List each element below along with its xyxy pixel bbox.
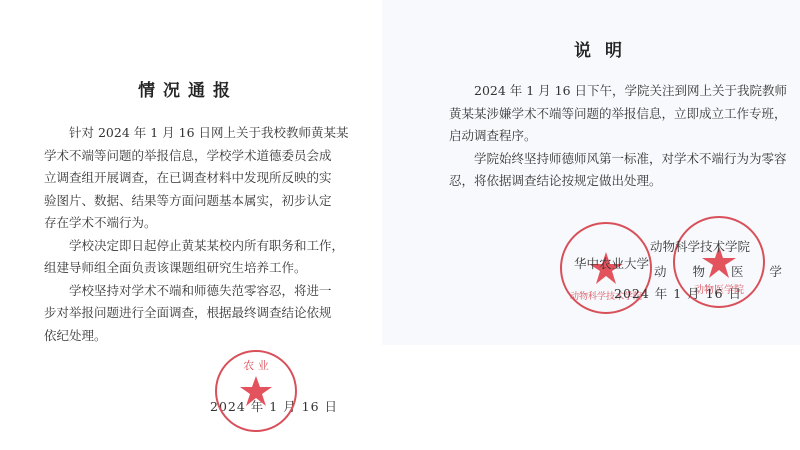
text-line: 针对 2024 年 1 月 16 日网上关于我校教师黄某某 [44,122,316,145]
text-line: 黄某某涉嫌学术不端等问题的举报信息，立即成立工作专班， [449,103,749,126]
text-line: 2024 年 1 月 16 日下午，学院关注到网上关于我院教师 [449,80,749,103]
paragraph: 2024 年 1 月 16 日下午，学院关注到网上关于我院教师 黄某某涉嫌学术不… [449,80,749,148]
text-line: 忍，将依据调查结论按规定做出处理。 [449,170,749,193]
right-document-date: 2024 年 1 月 16 日 [614,284,742,302]
text-line: 立调查组开展调查，在已调查材料中发现所反映的实 [44,167,316,190]
page-divider [375,0,382,450]
right-document-title: 说明 [574,36,636,61]
signatory-university: 华中农业大学 [574,254,649,272]
text-line: 存在学术不端行为。 [44,212,316,235]
right-document-page: 说明 2024 年 1 月 16 日下午，学院关注到网上关于我院教师 黄某某涉嫌… [382,0,800,345]
signatory-college-animal-science: 动物科学技术学院 [650,237,750,255]
seal-star-icon: 农 业 [217,352,295,430]
text-line: 组建导师组全面负责该课题组研究生培养工作。 [44,257,316,280]
text-line: 学校决定即日起停止黄某某校内所有职务和工作， [44,235,316,258]
text-line: 步对举报问题进行全面调查，根据最终调查结论依规 [44,302,316,325]
text-line: 验图片、数据、结果等方面问题基本属实，初步认定 [44,190,316,213]
paragraph: 学校坚持对学术不端和师德失范零容忍，将进一 步对举报问题进行全面调查，根据最终调… [44,280,316,348]
svg-text:农 业: 农 业 [243,358,269,372]
left-document-body: 针对 2024 年 1 月 16 日网上关于我校教师黄某某 学术不端等问题的举报… [44,122,316,347]
text-line: 学校坚持对学术不端和师德失范零容忍，将进一 [44,280,316,303]
paragraph: 针对 2024 年 1 月 16 日网上关于我校教师黄某某 学术不端等问题的举报… [44,122,316,235]
text-line: 学术不端等问题的举报信息，学校学术道德委员会成 [44,145,316,168]
text-line: 启动调查程序。 [449,125,749,148]
right-document-body: 2024 年 1 月 16 日下午，学院关注到网上关于我院教师 黄某某涉嫌学术不… [449,80,749,193]
text-line: 依纪处理。 [44,325,316,348]
paragraph: 学院始终坚持师德师风第一标准，对学术不端行为为零容 忍，将依据调查结论按规定做出… [449,148,749,193]
text-line: 学院始终坚持师德师风第一标准，对学术不端行为为零容 [449,148,749,171]
left-document-title: 情况通报 [138,76,238,101]
left-document-page: 情况通报 针对 2024 年 1 月 16 日网上关于我校教师黄某某 学术不端等… [0,0,375,450]
paragraph: 学校决定即日起停止黄某某校内所有职务和工作， 组建导师组全面负责该课题组研究生培… [44,235,316,280]
signatory-college-veterinary: 动 物 医 学 院 [654,262,800,280]
blank-area [382,345,800,450]
university-seal: 农 业 [215,350,297,432]
